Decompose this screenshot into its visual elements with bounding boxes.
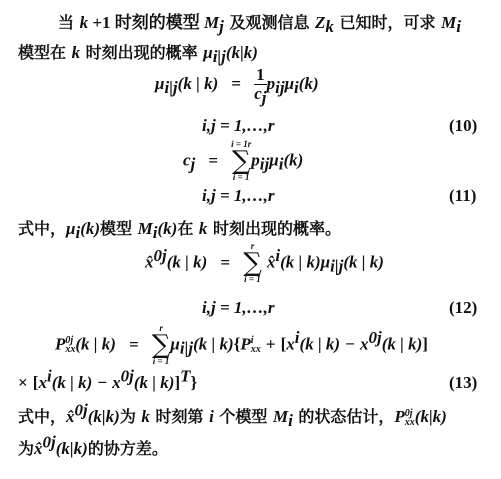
arg: (k | k) <box>75 335 116 354</box>
sup: 0j <box>368 328 381 347</box>
text: 的协方差。 <box>88 439 168 458</box>
summation: r∑i = 1 <box>152 324 171 366</box>
sup: T <box>180 367 190 386</box>
var-xhat: x̂ <box>66 407 75 426</box>
sup: 0j <box>43 433 56 452</box>
paragraph-3-line-2: 为x̂0j(k|k)的协方差。 <box>18 436 168 459</box>
equation-10: μi|j(k | k) = 1cjpijμi(k) <box>155 66 319 103</box>
arg: (k|k) <box>415 407 447 426</box>
paragraph-1-line-1: 当 k +1 时刻的模型 Mj 及观测信息 Zk 已知时，可求 Mi <box>58 8 461 33</box>
equation-11-condition: i,j = 1,…,r <box>202 186 275 206</box>
text: 模型 <box>100 219 138 238</box>
var-k: k <box>141 407 150 426</box>
summation: i = 1r∑i = 1 <box>231 140 251 182</box>
sub: j <box>191 155 196 174</box>
text: 时刻出现的概率。 <box>207 219 341 238</box>
sigma-icon: ∑ <box>152 333 171 357</box>
var-k: k <box>72 43 81 62</box>
var-mu: μ <box>285 74 294 93</box>
sub: i|j <box>180 339 193 358</box>
equals: = <box>208 151 218 170</box>
text: 时刻第 <box>150 407 209 426</box>
text: 在 <box>177 219 199 238</box>
var-xhat: x̂ <box>34 439 43 458</box>
text: 模型在 <box>18 43 72 62</box>
equals: = <box>129 335 139 354</box>
var-M: M <box>441 13 456 32</box>
brace-close: } <box>191 373 198 392</box>
text: 已知时，可求 <box>334 13 441 32</box>
equation-13-number: (13) <box>449 373 477 393</box>
var-M: M <box>204 13 219 32</box>
text: 当 <box>58 13 80 32</box>
sigma-icon: ∑ <box>231 149 251 173</box>
equation-11-number: (11) <box>449 186 476 206</box>
text: 为 <box>18 439 34 458</box>
sub: i <box>456 17 461 36</box>
text: 时刻出现的概率 <box>80 43 203 62</box>
var-mu: μ <box>170 335 179 354</box>
paragraph-3-line-1: 式中，x̂0j(k|k)为 k 时刻第 i 个模型 Mi 的状态估计，P0jxx… <box>18 404 447 427</box>
equals: = <box>220 253 230 272</box>
equation-10-condition: i,j = 1,…,r <box>202 116 275 136</box>
arg: (k) <box>157 219 177 238</box>
sum-lower: i = 1 <box>152 357 171 366</box>
var-P: P <box>240 335 250 354</box>
equation-12: x̂0j(k | k) = r∑i = 1 x̂i(k | k)μi|j(k |… <box>145 242 384 284</box>
text: 为 <box>120 407 142 426</box>
arg: (k | k) <box>280 253 321 272</box>
arg: (k) <box>299 74 319 93</box>
lhs: c <box>183 151 191 170</box>
sub: k <box>325 17 334 36</box>
summation: r∑i = 1 <box>243 242 262 284</box>
var-M: M <box>138 219 153 238</box>
arg: (k|k) <box>226 43 258 62</box>
sum-lower: i = 1 <box>231 173 251 182</box>
lhs: x̂ <box>145 253 154 272</box>
sub: i|j <box>213 47 226 66</box>
equation-10-number: (10) <box>449 116 477 136</box>
sup: 0j <box>154 246 167 265</box>
var-k: k <box>80 13 89 32</box>
arg: (k | k) <box>52 373 93 392</box>
fraction: 1cj <box>254 66 267 103</box>
text: 及观测信息 <box>224 13 315 32</box>
paragraph-2: 式中，μi(k)模型 Mi(k)在 k 时刻出现的概率。 <box>18 216 341 239</box>
arg: (k) <box>283 151 303 170</box>
var-Z: Z <box>315 13 325 32</box>
equation-12-number: (12) <box>449 298 477 318</box>
equation-11: cj = i = 1r∑i = 1pijμi(k) <box>183 140 303 182</box>
var-mu: μ <box>203 43 212 62</box>
arg: (k) <box>80 219 100 238</box>
sub: xx <box>65 345 75 354</box>
arg: (k | k) <box>193 335 234 354</box>
var-p: p <box>267 74 276 93</box>
denominator: c <box>254 84 262 103</box>
paragraph-1-line-2: 模型在 k 时刻出现的概率 μi|j(k|k) <box>18 40 258 63</box>
lhs: P <box>55 335 65 354</box>
equation-13-line-1: P0jxx(k | k) = r∑i = 1μi|j(k | k){Pixx +… <box>55 324 428 366</box>
sub: xx <box>251 345 261 354</box>
text: +1 时刻的模型 <box>88 13 204 32</box>
var-P: P <box>394 407 404 426</box>
arg: (k|k) <box>88 407 120 426</box>
equation-12-condition: i,j = 1,…,r <box>202 298 275 318</box>
sub: ij <box>275 78 284 97</box>
sum-lower: i = 1 <box>243 275 262 284</box>
var-x: x <box>112 373 121 392</box>
times: × <box>18 373 28 392</box>
arg: (k | k) <box>167 253 208 272</box>
sub: i|j <box>164 78 177 97</box>
arg: (k | k) <box>134 373 175 392</box>
equals: = <box>231 74 241 93</box>
sigma-icon: ∑ <box>243 251 262 275</box>
arg: (k | k) <box>178 74 219 93</box>
var-p: p <box>251 151 260 170</box>
sub: xx <box>405 418 415 427</box>
arg: (k|k) <box>56 439 88 458</box>
text: 式中， <box>18 407 66 426</box>
var-x: x <box>38 373 47 392</box>
sup: 0j <box>75 401 88 420</box>
arg: (k | k) <box>343 253 384 272</box>
arg: (k | k) <box>382 335 423 354</box>
text: 个模型 <box>214 407 273 426</box>
text: 式中， <box>18 219 66 238</box>
var-M: M <box>273 407 288 426</box>
var-mu: μ <box>269 151 278 170</box>
sub: ij <box>260 155 269 174</box>
text: 的状态估计， <box>293 407 395 426</box>
arg: (k | k) <box>300 335 341 354</box>
numerator: 1 <box>254 66 267 85</box>
minus: − <box>345 335 355 354</box>
sup: 0j <box>121 367 134 386</box>
sub: i|j <box>330 257 343 276</box>
plus: + <box>266 335 276 354</box>
var-mu: μ <box>321 253 330 272</box>
equation-13-line-2: × [xi(k | k) − x0j(k | k)]T} <box>18 373 197 393</box>
bracket: ] <box>422 335 428 354</box>
var-x: x <box>286 335 295 354</box>
minus: − <box>97 373 107 392</box>
